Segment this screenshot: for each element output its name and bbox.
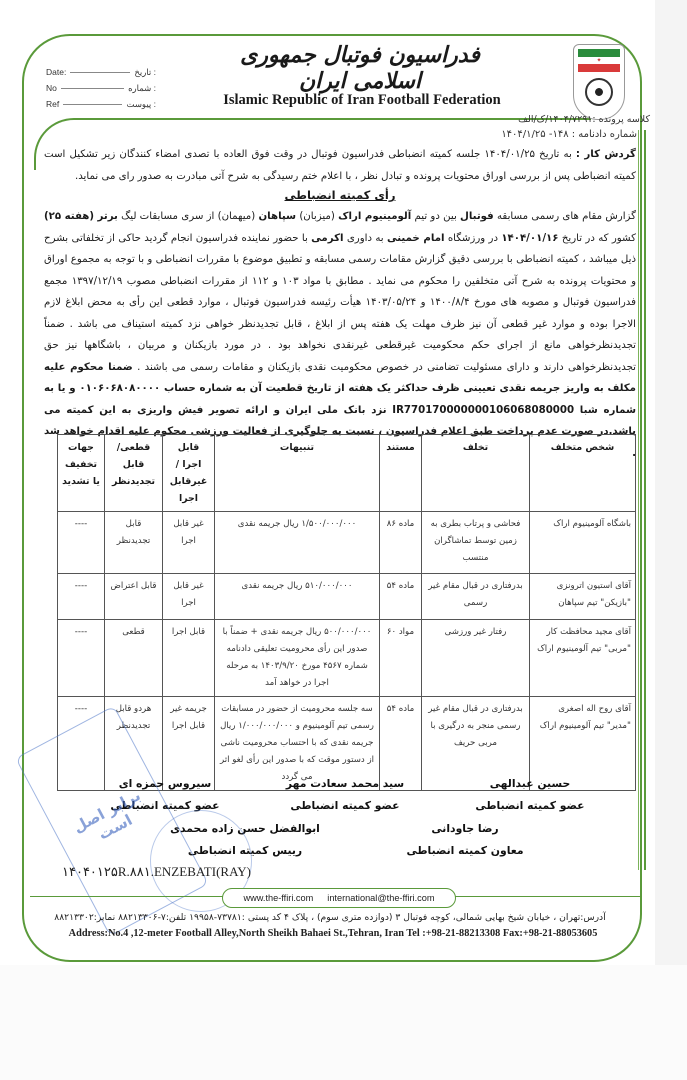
table-row: آقای مجید محافظت کار "مربی" تیم آلومینیو… [58, 620, 636, 697]
file-number: کلاسه پرونده :۱۴۰۴/۷۲۹۱/ک/الف [430, 114, 650, 125]
meta-dots [61, 80, 124, 89]
flag-green-stripe [578, 49, 620, 57]
right-border-line-inner [638, 130, 639, 870]
verdict-match-date: ۱۴۰۴/۰۱/۱۶ [501, 233, 558, 244]
address-persian: آدرس:تهران ، خیابان شیخ بهایی شمالی، کوچ… [50, 912, 610, 923]
meta-no-fa: شماره : [128, 80, 156, 96]
meta-no-en: No [46, 80, 57, 96]
meta-date-row: Date:تاریخ : [46, 64, 156, 80]
verdict-text: با حضور نماینده فدراسیون انجام گردید حاک… [44, 233, 636, 373]
signatory-4: رضا جاودانی معاون کمیته انضباطی [380, 818, 550, 862]
meta-number-row: Noشماره : [46, 80, 156, 96]
address-english: Address:No.4 ,12-meter Football Alley,No… [50, 928, 616, 939]
meta-ref-en: Ref [46, 96, 59, 112]
cell-article: ماده ۸۶ [380, 512, 422, 574]
col-final-appealable: قطعی/قابل تجدیدنظر [105, 435, 163, 512]
verdict-referee: اکرمی [311, 233, 343, 244]
verdict-text: (میزبان) [296, 211, 338, 222]
signatory-name: حسین عبدالهی [445, 773, 615, 795]
meta-date-en: Date: [46, 64, 66, 80]
cell-violation: رفتار غیر ورزشی [422, 620, 530, 697]
verdict-league-week: برتر (هفته ۲۵) [44, 211, 118, 222]
verdict-text: (میهمان) از سری مسابقات لیگ [118, 211, 259, 222]
signatory-role: عضو کمیته انضباطی [445, 795, 615, 817]
rulings-table: شخص متخلف تخلف مستند تنبیهات قابل اجرا /… [57, 434, 636, 791]
cell-offender: باشگاه آلومینیوم اراک [530, 512, 636, 574]
right-border-line [644, 130, 646, 870]
col-offender: شخص متخلف [530, 435, 636, 512]
signatory-name: سید محمد سعادت مهر [255, 773, 435, 795]
signatory-2: سید محمد سعادت مهر عضو کمیته انضباطی [255, 773, 435, 817]
col-mitigation: جهات تخفیف یا تشدید [58, 435, 105, 512]
cell-enforceable: قابل اجرا [163, 620, 215, 697]
procedure-paragraph: گردش کار : به تاریخ ۱۴۰۴/۰۱/۲۵ جلسه کمیت… [44, 144, 636, 187]
meta-date-fa: تاریخ : [134, 64, 156, 80]
meta-dots [70, 64, 130, 73]
signatory-1: حسین عبدالهی عضو کمیته انضباطی [445, 773, 615, 817]
cell-article: مواد ۶۰ [380, 620, 422, 697]
verdict-heading: رأی کمیته انضباطی [44, 188, 636, 202]
verdict-home-team: آلومینیوم اراک [338, 211, 411, 222]
cell-violation: بدرفتاری در قبال مقام غیر رسمی [422, 574, 530, 620]
verdict-text: کشور که در تاریخ [559, 233, 636, 244]
meta-ref-row: Refپیوست : [46, 96, 156, 112]
cell-final: قابل اعتراض [105, 574, 163, 620]
flag-red-stripe [578, 64, 620, 72]
verdict-text: در ورزشگاه [445, 233, 502, 244]
cell-violation: فحاشی و پرتاب بطری به زمین توسط تماشاگرا… [422, 512, 530, 574]
verdict-stadium: امام خمینی [387, 233, 445, 244]
cell-penalty: ۵۰۰/۰۰۰/۰۰۰ ریال جریمه نقدی + ضمناً با ص… [215, 620, 380, 697]
cell-final: قطعی [105, 620, 163, 697]
cell-mitigation: ---- [58, 620, 105, 697]
meta-ref-fa: پیوست : [126, 96, 156, 112]
col-violation: تخلف [422, 435, 530, 512]
table-header-row: شخص متخلف تخلف مستند تنبیهات قابل اجرا /… [58, 435, 636, 512]
cell-article: ماده ۵۴ [380, 574, 422, 620]
cell-final: قابل تجدیدنظر [105, 512, 163, 574]
flag-white-stripe: ✦ [578, 57, 620, 64]
cell-offender: آقای مجید محافظت کار "مربی" تیم آلومینیو… [530, 620, 636, 697]
page-margin [655, 0, 687, 965]
cell-mitigation: ---- [58, 574, 105, 620]
col-enforceable: قابل اجرا /غیرقابل اجرا [163, 435, 215, 512]
cell-enforceable: غیر قابل اجرا [163, 512, 215, 574]
letter-meta-block: Date:تاریخ : Noشماره : Refپیوست : [46, 64, 156, 112]
contact-pill: www.the-ffiri.com international@the-ffir… [222, 888, 456, 908]
verdict-number: شماره دادنامه : ۱۴۸- ۱۴۰۴/۱/۲۵ [400, 129, 637, 140]
reference-code: ۱۴۰۴۰۱۲۵R.۸۸۱.ENZEBATI(RAY) [62, 864, 251, 880]
verdict-text: به داوری [344, 233, 387, 244]
federation-title-english: Islamic Republic of Iran Football Federa… [212, 92, 512, 109]
federation-title-persian: فدراسیون فوتبال جمهوری اسلامی ایران [215, 42, 505, 94]
table-row: باشگاه آلومینیوم اراک فحاشی و پرتاب بطری… [58, 512, 636, 574]
football-icon [585, 78, 613, 106]
verdict-text: بین دو تیم [411, 211, 460, 222]
col-penalties: تنبیهات [215, 435, 380, 512]
federation-logo-icon: ✦ [573, 44, 625, 120]
procedure-text: به تاریخ ۱۴۰۴/۰۱/۲۵ جلسه کمیته انضباطی ف… [44, 149, 636, 182]
procedure-lead: گردش کار : [576, 149, 636, 160]
email-link[interactable]: international@the-ffiri.com [327, 893, 434, 903]
table-row: آقای استیون اترونزی "بازیکن" تیم سپاهان … [58, 574, 636, 620]
cell-offender: آقای استیون اترونزی "بازیکن" تیم سپاهان [530, 574, 636, 620]
signatory-name: رضا جاودانی [380, 818, 550, 840]
website-link[interactable]: www.the-ffiri.com [244, 893, 314, 903]
cell-mitigation: ---- [58, 512, 105, 574]
verdict-sport: فوتبال [460, 211, 494, 222]
col-article: مستند [380, 435, 422, 512]
verdict-paragraph: گزارش مقام های رسمی مسابقه فوتبال بین دو… [44, 206, 636, 464]
cell-penalty: ۵۱۰/۰۰۰/۰۰۰ ریال جریمه نقدی [215, 574, 380, 620]
cell-enforceable: غیر قابل اجرا [163, 574, 215, 620]
cell-penalty: ۱/۵۰۰/۰۰۰/۰۰۰ ریال جریمه نقدی [215, 512, 380, 574]
signatory-role: عضو کمیته انضباطی [255, 795, 435, 817]
verdict-away-team: سپاهان [258, 211, 296, 222]
verdict-text: گزارش مقام های رسمی مسابقه [494, 211, 636, 222]
signatory-role: معاون کمیته انضباطی [380, 840, 550, 862]
meta-dots [63, 96, 122, 105]
